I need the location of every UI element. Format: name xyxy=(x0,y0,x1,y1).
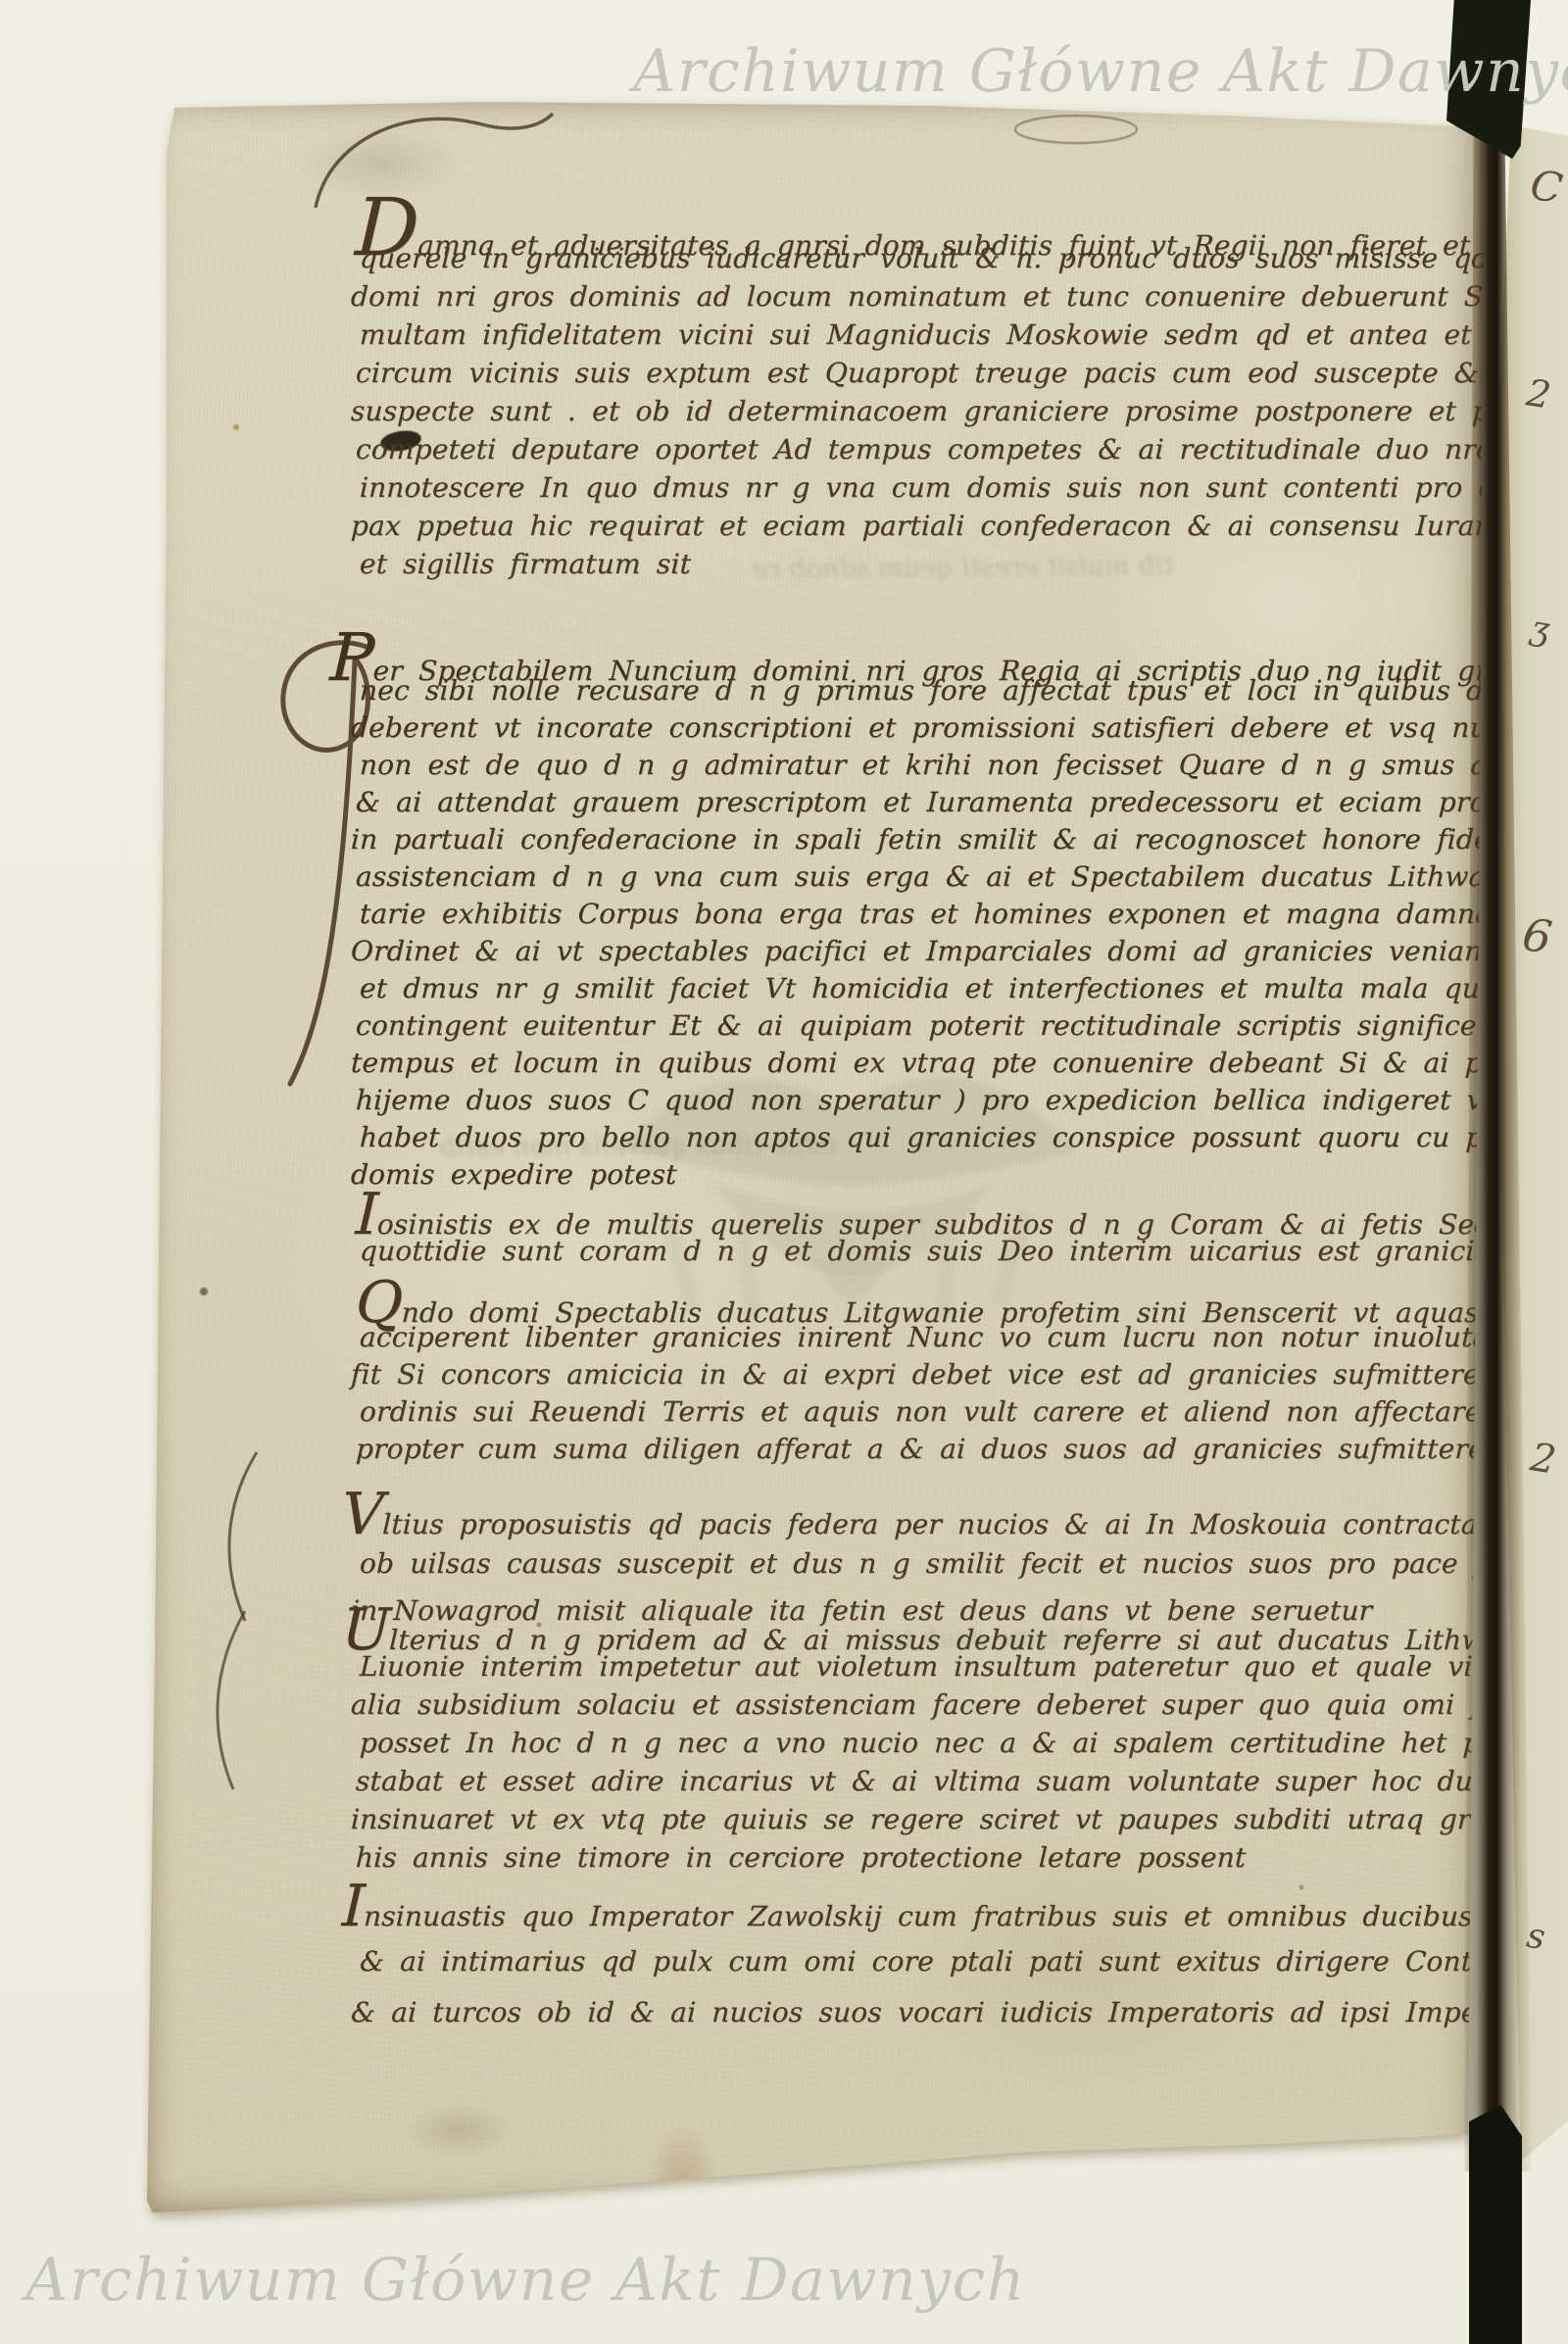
archive-watermark-bottom: Archiwum Główne Akt Dawnych xyxy=(25,2246,1026,2315)
manuscript-line: habet duos pro bello non aptos qui grani… xyxy=(359,1119,1516,1156)
manuscript-line: suspecte sunt . et ob id determinacoem g… xyxy=(350,392,1507,430)
facing-page-ink-fragment: ʒ xyxy=(1528,609,1552,651)
manuscript-page: tib mulsit eresti qeum sdnob reodne tibu… xyxy=(145,94,1490,2219)
manuscript-line: deberent vt incorate conscriptioni et pr… xyxy=(350,709,1507,747)
manuscript-line: posset In hoc d n g nec a vno nucio nec … xyxy=(359,1724,1516,1762)
manuscript-line: Vltius proposuistis qd pacis federa per … xyxy=(341,1493,1513,1540)
facing-page-ink-fragment: C xyxy=(1527,161,1565,213)
archive-scan: Archiwum Główne Akt Dawnych tib mulsit e… xyxy=(0,0,1568,2344)
manuscript-line: acciperent libenter granicies inirent Nu… xyxy=(359,1319,1516,1356)
manuscript-line: insinuaret vt ex vtq pte quiuis se reger… xyxy=(350,1800,1507,1838)
manuscript-line: tarie exhibitis Corpus bona erga tras et… xyxy=(359,896,1516,933)
manuscript-paragraph: Insinuastis quo Imperator Zawolskij cum … xyxy=(356,1885,1512,2038)
manuscript-line: circum vicinis suis exptum est Quapropt … xyxy=(355,354,1512,392)
manuscript-line: Ordinet & ai vt spectables pacifici et I… xyxy=(350,933,1507,970)
manuscript-line: domis expedire potest xyxy=(350,1156,1507,1194)
manuscript-line: Qndo domi Spectablis ducatus Litgwanie p… xyxy=(355,1282,1512,1319)
manuscript-paragraph: Damna et aduersitates a gnrsi dom subdit… xyxy=(356,201,1512,583)
manuscript-line: propter cum suma diligen afferat a & ai … xyxy=(355,1431,1512,1468)
manuscript-line: stabat et esset adire incarius vt & ai v… xyxy=(355,1762,1512,1800)
manuscript-page-wrap: tib mulsit eresti qeum sdnob reodne tibu… xyxy=(145,94,1490,2219)
manuscript-line: non est de quo d n g admiratur et krihi … xyxy=(359,747,1516,784)
manuscript-line: Per Spectabilem Nuncium domini nri gros … xyxy=(329,635,1512,672)
manuscript-line: et sigillis firmatum sit xyxy=(359,545,1516,583)
manuscript-line: Insinuastis quo Imperator Zawolskij cum … xyxy=(341,1885,1513,1936)
manuscript-paragraph: Qndo domi Spectablis ducatus Litgwanie p… xyxy=(356,1282,1512,1468)
manuscript-paragraph: Iosinistis ex de multis querelis super s… xyxy=(356,1194,1512,1270)
manuscript-line: pax ppetua hic requirat et eciam partial… xyxy=(350,507,1507,545)
facing-page-ink-fragment: 2 xyxy=(1528,1435,1559,1483)
manuscript-line: alia subsidium solaciu et assistenciam f… xyxy=(350,1685,1507,1724)
manuscript-line: in partuali confederacione in spali feti… xyxy=(350,821,1507,858)
manuscript-line: Damna et aduersitates a gnrsi dom subdit… xyxy=(355,201,1512,239)
manuscript-line: ordinis sui Reuendi Terris et aquis non … xyxy=(359,1393,1516,1431)
manuscript-line: hijeme duos suos C quod non speratur ) p… xyxy=(355,1082,1512,1119)
manuscript-line: competeti deputare oportet Ad tempus com… xyxy=(355,430,1512,468)
manuscript-line: tempus et locum in quibus domi ex vtraq … xyxy=(350,1045,1507,1082)
binding-tape-bottom xyxy=(1469,2105,1522,2344)
manuscript-line: innotescere In quo dmus nr g vna cum dom… xyxy=(359,468,1516,507)
manuscript-line: et dmus nr g smilit faciet Vt homicidia … xyxy=(359,970,1516,1007)
manuscript-line: contingent euitentur Et & ai quipiam pot… xyxy=(355,1007,1512,1045)
manuscript-line: his annis sine timore in cerciore protec… xyxy=(355,1838,1512,1877)
text-block: Damna et aduersitates a gnrsi dom subdit… xyxy=(145,94,1490,2219)
manuscript-line: multam infidelitatem vicini sui Magniduc… xyxy=(359,316,1516,354)
manuscript-line: ob uilsas causas suscepit et dus n g smi… xyxy=(359,1540,1517,1587)
manuscript-line: Liuonie interim impetetur aut violetum i… xyxy=(359,1647,1516,1685)
facing-page-ink-fragment: 6 xyxy=(1519,907,1555,964)
manuscript-paragraph: Per Spectabilem Nuncium domini nri gros … xyxy=(356,635,1512,1194)
manuscript-line: Iosinistis ex de multis querelis super s… xyxy=(355,1194,1512,1232)
manuscript-line: Ulterius d n g pridem ad & ai missus deb… xyxy=(341,1609,1512,1647)
manuscript-line: quottidie sunt coram d n g et domis suis… xyxy=(359,1232,1516,1270)
manuscript-line: & ai intimarius qd pulx cum omi core pta… xyxy=(359,1936,1517,1987)
manuscript-line: & ai turcos ob id & ai nucios suos vocar… xyxy=(350,1987,1508,2038)
manuscript-paragraph: Ulterius d n g pridem ad & ai missus deb… xyxy=(356,1609,1512,1877)
manuscript-line: fit Si concors amicicia in & ai expri de… xyxy=(350,1356,1507,1393)
manuscript-line: domi nri gros dominis ad locum nominatum… xyxy=(350,277,1507,316)
facing-page-ink-fragment: 2 xyxy=(1524,370,1554,416)
manuscript-line: nec sibi nolle recusare d n g primus for… xyxy=(359,672,1516,709)
manuscript-line: querele in graniciebus iudicaretur volui… xyxy=(359,239,1516,277)
manuscript-line: assistenciam d n g vna cum suis erga & a… xyxy=(355,858,1512,896)
manuscript-line: & ai attendat grauem prescriptom et Iura… xyxy=(355,784,1512,821)
